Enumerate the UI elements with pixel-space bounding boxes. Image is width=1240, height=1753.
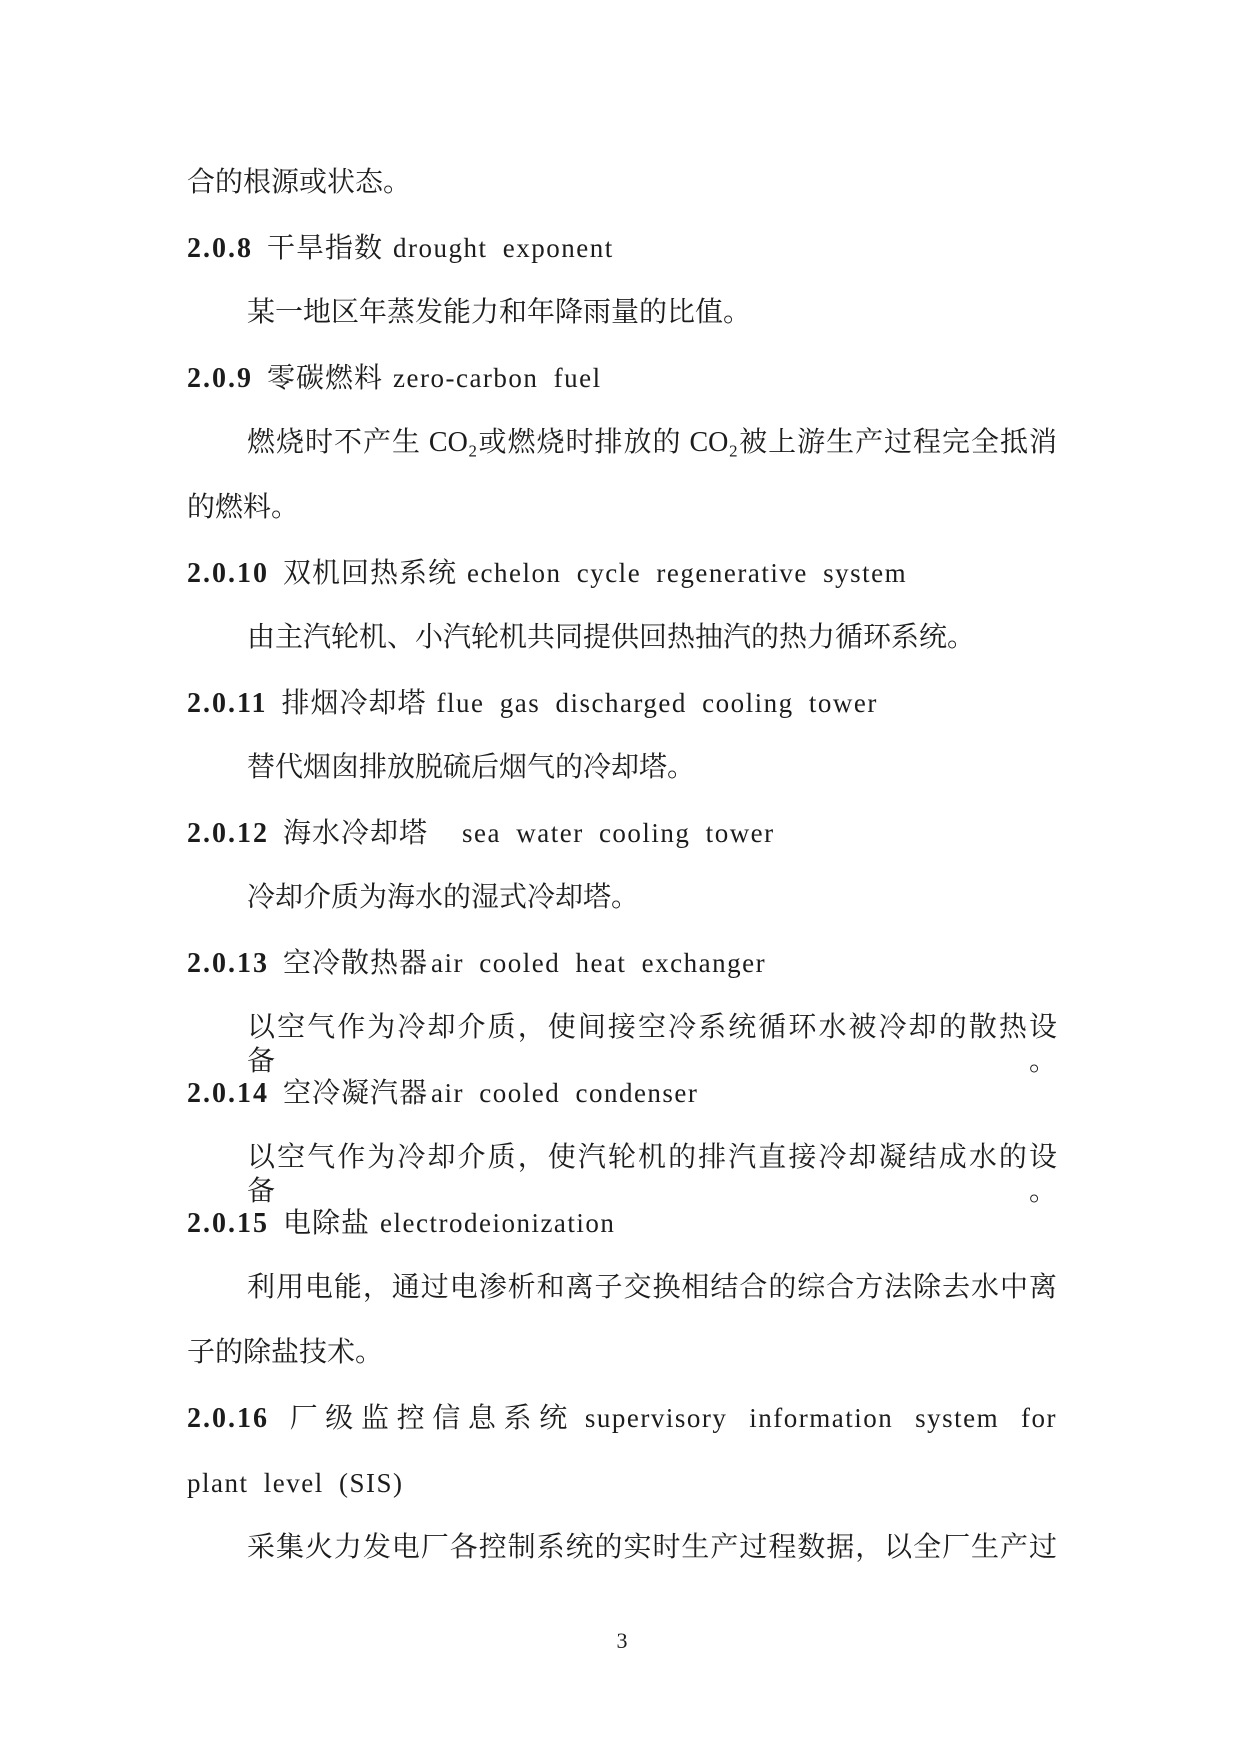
term-english: air cooled heat exchanger xyxy=(431,948,766,978)
term-chinese: 电除盐 xyxy=(283,1208,370,1239)
definition-text-continuation: 子的除盐技术。 xyxy=(187,1336,1057,1370)
term-chinese: 排烟冷却塔 xyxy=(281,688,426,719)
term-english: zero-carbon fuel xyxy=(393,363,602,393)
term-english-continuation: plant level (SIS) xyxy=(187,1466,1057,1500)
term-chinese: 厂级监控信息系统 xyxy=(283,1403,575,1434)
definition-text: 由主汽轮机、小汽轮机共同提供回热抽汽的热力循环系统。 xyxy=(187,621,1057,655)
term-number: 2.0.12 xyxy=(187,818,269,849)
term-heading-2-0-10: 2.0.10双机回热系统echelon cycle regenerative s… xyxy=(187,556,1057,591)
term-heading-2-0-16: 2.0.16厂级监控信息系统supervisory information sy… xyxy=(187,1401,1057,1436)
definition-text: 以空气作为冷却介质，使间接空冷系统循环水被冷却的散热设备。 xyxy=(187,1011,1057,1079)
term-chinese: 空冷凝汽器 xyxy=(283,1078,428,1109)
term-number: 2.0.8 xyxy=(187,233,253,264)
term-english: air cooled condenser xyxy=(431,1078,698,1108)
term-english: sea water cooling tower xyxy=(462,818,775,848)
term-chinese: 海水冷却塔 xyxy=(283,818,428,849)
term-heading-2-0-9: 2.0.9零碳燃料zero-carbon fuel xyxy=(187,361,1057,396)
term-number: 2.0.14 xyxy=(187,1078,269,1109)
definition-text: 替代烟囱排放脱硫后烟气的冷却塔。 xyxy=(187,751,1057,785)
definition-text: 利用电能，通过电渗析和离子交换相结合的综合方法除去水中离 xyxy=(187,1271,1057,1305)
term-heading-2-0-13: 2.0.13空冷散热器air cooled heat exchanger xyxy=(187,946,1057,981)
term-number: 2.0.16 xyxy=(187,1403,269,1434)
definition-text: 冷却介质为海水的湿式冷却塔。 xyxy=(187,881,1057,915)
definition-text: 燃烧时不产生 CO₂或燃烧时排放的 CO₂被上游生产过程完全抵消 xyxy=(187,426,1057,460)
term-english: echelon cycle regenerative system xyxy=(467,558,907,588)
term-heading-2-0-12: 2.0.12海水冷却塔sea water cooling tower xyxy=(187,816,1057,851)
term-english: supervisory information system for xyxy=(585,1403,1057,1433)
definition-text-continuation: 的燃料。 xyxy=(187,491,1057,525)
definition-text: 采集火力发电厂各控制系统的实时生产过程数据，以全厂生产过 xyxy=(187,1531,1057,1565)
term-heading-2-0-14: 2.0.14空冷凝汽器air cooled condenser xyxy=(187,1076,1057,1111)
term-heading-2-0-8: 2.0.8干旱指数drought exponent xyxy=(187,231,1057,266)
term-number: 2.0.11 xyxy=(187,688,267,719)
term-number: 2.0.9 xyxy=(187,363,253,394)
term-heading-2-0-11: 2.0.11排烟冷却塔flue gas discharged cooling t… xyxy=(187,686,1057,721)
term-number: 2.0.10 xyxy=(187,558,269,589)
definition-text: 以空气作为冷却介质，使汽轮机的排汽直接冷却凝结成水的设备。 xyxy=(187,1141,1057,1209)
term-chinese: 干旱指数 xyxy=(267,233,383,264)
paragraph-continuation: 合的根源或状态。 xyxy=(187,166,1057,200)
term-chinese: 零碳燃料 xyxy=(267,363,383,394)
term-number: 2.0.13 xyxy=(187,948,269,979)
term-chinese: 双机回热系统 xyxy=(283,558,457,589)
term-english: drought exponent xyxy=(393,233,614,263)
term-heading-2-0-15: 2.0.15电除盐electrodeionization xyxy=(187,1206,1057,1241)
term-number: 2.0.15 xyxy=(187,1208,269,1239)
definition-text: 某一地区年蒸发能力和年降雨量的比值。 xyxy=(187,296,1057,330)
document-page: 合的根源或状态。 2.0.8干旱指数drought exponent 某一地区年… xyxy=(0,0,1240,1753)
term-english: flue gas discharged cooling tower xyxy=(436,688,877,718)
page-number: 3 xyxy=(187,1628,1057,1654)
term-chinese: 空冷散热器 xyxy=(283,948,428,979)
term-english: electrodeionization xyxy=(380,1208,615,1238)
